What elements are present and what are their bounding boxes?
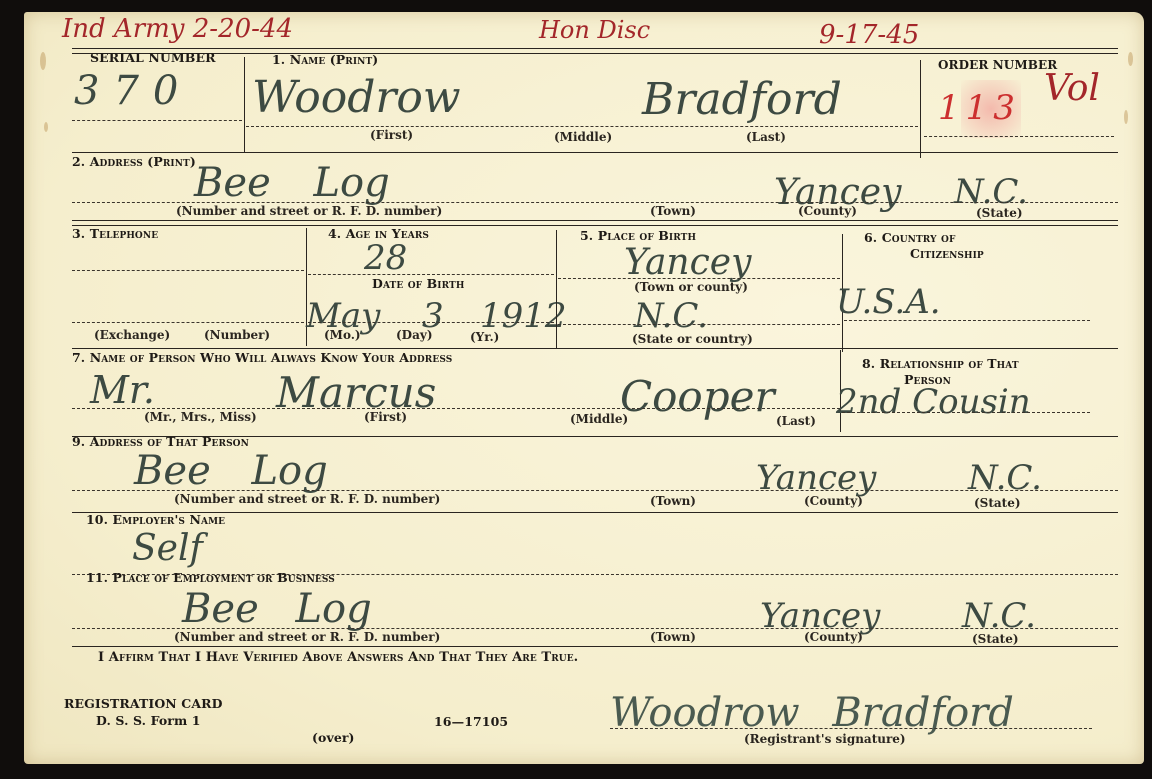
citizenship-line: [844, 320, 1090, 321]
telephone-line-1: [72, 270, 304, 271]
birth-state-sublabel: (State or country): [632, 332, 753, 346]
contact-street-value: Bee Log: [134, 448, 328, 494]
employer-label: 10. Employer's Name: [86, 512, 225, 527]
form-id: D. S. S. Form 1: [96, 713, 201, 728]
birth-state-line: [558, 324, 840, 325]
contact-county-sublabel: (County): [804, 494, 863, 508]
contact-first-value: Marcus: [276, 368, 436, 417]
place-of-birth-label: 5. Place of Birth: [580, 228, 696, 243]
row1-bottom-rule: [72, 152, 1118, 153]
contact-first-sublabel: (First): [364, 410, 407, 424]
employment-street-value: Bee Log: [182, 586, 372, 632]
telephone-exchange-sublabel: (Exchange): [94, 328, 170, 342]
age-birthplace-divider: [556, 230, 557, 348]
signature-sublabel: (Registrant's signature): [744, 732, 906, 746]
relationship-value: 2nd Cousin: [836, 382, 1031, 422]
age-value: 28: [364, 238, 407, 278]
contact-address-label: 9. Address of That Person: [72, 434, 249, 449]
contact-person-label: 7. Name of Person Who Will Always Know Y…: [72, 350, 452, 365]
name-line: [246, 126, 918, 127]
birth-town-sublabel: (Town or county): [634, 280, 748, 294]
contact-name-line: [72, 408, 840, 409]
affirmation-text: I Affirm That I Have Verified Above Answ…: [98, 650, 578, 665]
contact-county-value: Yancey: [756, 458, 876, 498]
row7-bottom-rule: [72, 646, 1118, 647]
employment-street-sublabel: (Number and street or R. F. D. number): [174, 630, 440, 644]
name-label: 1. Name (Print): [272, 52, 378, 67]
row3-bottom-rule: [72, 348, 1118, 349]
row2-bottom-rule-thin: [72, 225, 1118, 226]
order-number-label: ORDER NUMBER: [938, 58, 1057, 72]
serial-number-value: 370: [74, 68, 192, 114]
contact-state-sublabel: (State): [974, 496, 1021, 510]
volunteer-annotation: Vol: [1044, 68, 1100, 109]
stain-mark: [1124, 110, 1128, 124]
relationship-line: [842, 412, 1090, 413]
order-number-value: 113: [938, 88, 1021, 128]
address-county-sublabel: (County): [798, 204, 857, 218]
address-label: 2. Address (Print): [72, 154, 196, 169]
order-number-line: [924, 136, 1114, 137]
employment-town-sublabel: (Town): [650, 630, 696, 644]
last-name-value: Bradford: [642, 74, 842, 125]
dob-day-sublabel: (Day): [396, 328, 433, 342]
stain-mark: [1128, 52, 1133, 66]
address-town-sublabel: (Town): [650, 204, 696, 218]
print-code: 16—17105: [434, 714, 508, 729]
discharge-annotation: Hon Disc: [539, 16, 650, 44]
over-text: (over): [312, 730, 355, 745]
registrant-signature: Woodrow Bradford: [610, 690, 1014, 736]
employment-line: [72, 628, 1118, 629]
birth-town-line: [558, 278, 840, 279]
row2-bottom-rule: [72, 220, 1118, 221]
address-line: [72, 202, 1118, 203]
name-order-divider: [920, 60, 921, 158]
date-of-birth-label: Date of Birth: [372, 276, 464, 291]
registration-card: Ind Army 2-20-44 Hon Disc 9-17-45 SERIAL…: [24, 12, 1144, 764]
citizenship-value: U.S.A.: [836, 282, 941, 322]
dob-year-sublabel: (Yr.): [470, 330, 499, 344]
middle-name-sublabel: (Middle): [554, 130, 612, 144]
serial-number-line: [72, 120, 242, 121]
top-rule-thin: [72, 53, 1118, 54]
employment-state-value: N.C.: [962, 596, 1036, 636]
serial-number-label: SERIAL NUMBER: [90, 50, 216, 65]
last-name-sublabel: (Last): [746, 130, 786, 144]
form-title: REGISTRATION CARD: [64, 696, 223, 711]
signature-line: [610, 728, 1092, 729]
contact-title-value: Mr.: [90, 368, 155, 412]
contact-town-sublabel: (Town): [650, 494, 696, 508]
contact-middle-sublabel: (Middle): [570, 412, 628, 426]
contact-last-sublabel: (Last): [776, 414, 816, 428]
serial-name-divider: [244, 57, 245, 153]
contact-street-sublabel: (Number and street or R. F. D. number): [174, 492, 440, 506]
employer-value: Self: [132, 528, 203, 569]
contact-last-value: Cooper: [620, 372, 775, 421]
contact-address-line: [72, 490, 1118, 491]
contact-title-sublabel: (Mr., Mrs., Miss): [144, 410, 257, 424]
address-street-sublabel: (Number and street or R. F. D. number): [176, 204, 442, 218]
telephone-number-sublabel: (Number): [204, 328, 270, 342]
address-state-sublabel: (State): [976, 206, 1023, 220]
dob-month-sublabel: (Mo.): [324, 328, 361, 342]
address-street-value: Bee Log: [194, 160, 390, 206]
first-name-sublabel: (First): [370, 128, 413, 142]
dob-line: [308, 322, 554, 323]
employment-state-sublabel: (State): [972, 632, 1019, 646]
citizenship-label-1: 6. Country of: [864, 230, 955, 245]
stain-mark: [44, 122, 48, 132]
employment-place-label: 11. Place of Employment or Business: [86, 570, 335, 585]
birth-state-value: N.C.: [634, 296, 708, 336]
telephone-label: 3. Telephone: [72, 226, 158, 241]
induction-annotation: Ind Army 2-20-44: [62, 14, 293, 44]
relationship-label-1: 8. Relationship of That: [862, 356, 1019, 371]
stain-mark: [40, 52, 46, 70]
age-line: [308, 274, 554, 275]
top-rule: [72, 48, 1118, 49]
first-name-value: Woodrow: [252, 72, 461, 123]
contact-state-value: N.C.: [968, 458, 1042, 498]
citizenship-label-2: Citizenship: [910, 246, 984, 261]
birth-town-value: Yancey: [624, 242, 751, 283]
employment-county-sublabel: (County): [804, 630, 863, 644]
discharge-date-annotation: 9-17-45: [819, 20, 919, 50]
row5-bottom-rule: [72, 512, 1118, 513]
telephone-line-2: [72, 322, 304, 323]
